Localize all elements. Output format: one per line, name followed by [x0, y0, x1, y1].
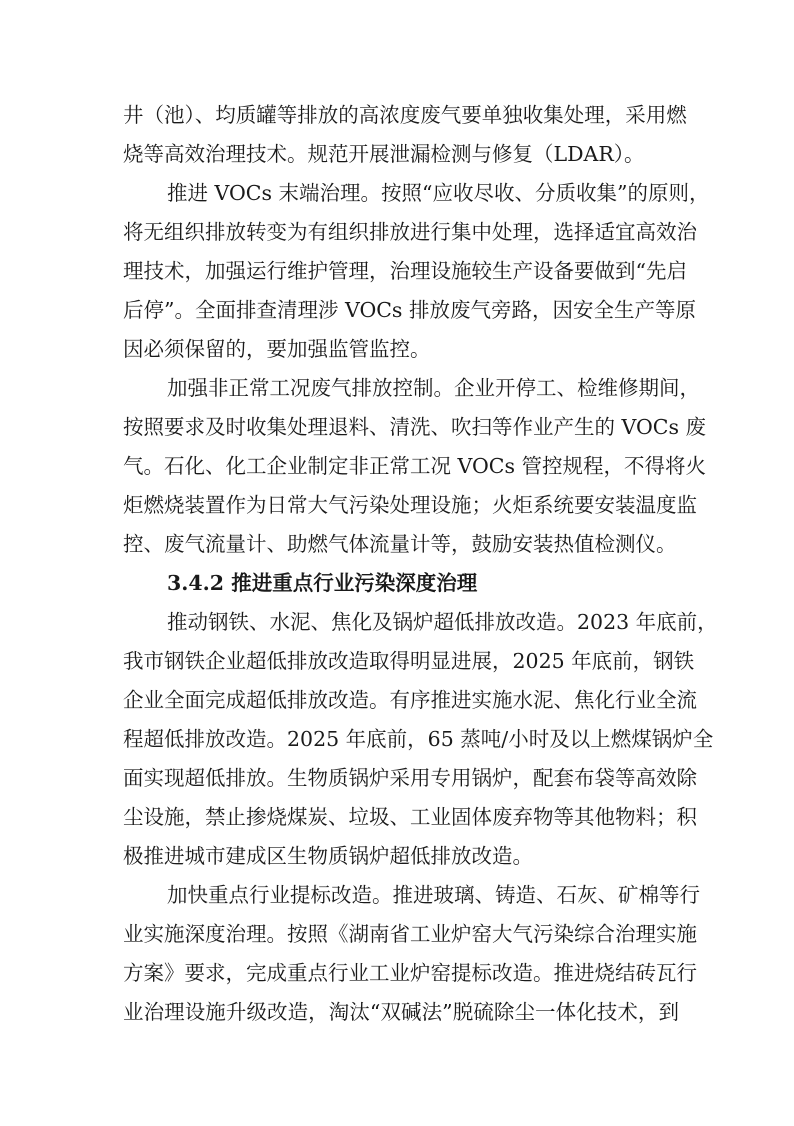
text-line: 井（池）、均质罐等排放的高浓度废气要单独收集处理，采用燃	[123, 96, 679, 135]
text-line: 业实施深度治理。按照《湖南省工业炉窑大气污染综合治理实施	[123, 915, 679, 954]
text-line: 加快重点行业提标改造。推进玻璃、铸造、石灰、矿棉等行	[123, 876, 679, 915]
text-line: 理技术，加强运行维护管理，治理设施较生产设备要做到“先启	[123, 252, 679, 291]
text-line: 烧等高效治理技术。规范开展泄漏检测与修复（LDAR）。	[123, 135, 679, 174]
text-line: 业治理设施升级改造，淘汰“双碱法”脱硫除尘一体化技术，到	[123, 993, 679, 1032]
text-line: 我市钢铁企业超低排放改造取得明显进展，2025 年底前，钢铁	[123, 642, 679, 681]
text-line: 控、废气流量计、助燃气体流量计等，鼓励安装热值检测仪。	[123, 525, 679, 564]
text-line: 面实现超低排放。生物质锅炉采用专用锅炉，配套布袋等高效除	[123, 759, 679, 798]
paragraph-ldar-continuation: 井（池）、均质罐等排放的高浓度废气要单独收集处理，采用燃 烧等高效治理技术。规范…	[123, 96, 679, 174]
text-line: 程超低排放改造。2025 年底前，65 蒸吨/小时及以上燃煤锅炉全	[123, 720, 679, 759]
text-line: 因必须保留的，要加强监管监控。	[123, 330, 679, 369]
text-line: 推动钢铁、水泥、焦化及锅炉超低排放改造。2023 年底前，	[123, 603, 679, 642]
text-line: 推进 VOCs 末端治理。按照“应收尽收、分质收集”的原则，	[123, 174, 679, 213]
text-line: 方案》要求，完成重点行业工业炉窑提标改造。推进烧结砖瓦行	[123, 954, 679, 993]
text-line: 极推进城市建成区生物质锅炉超低排放改造。	[123, 837, 679, 876]
section-heading: 3.4.2 推进重点行业污染深度治理	[123, 564, 679, 603]
text-line: 将无组织排放转变为有组织排放进行集中处理，选择适宜高效治	[123, 213, 679, 252]
document-page: 井（池）、均质罐等排放的高浓度废气要单独收集处理，采用燃 烧等高效治理技术。规范…	[123, 96, 679, 1032]
paragraph-standard-upgrade: 加快重点行业提标改造。推进玻璃、铸造、石灰、矿棉等行 业实施深度治理。按照《湖南…	[123, 876, 679, 1032]
text-line: 企业全面完成超低排放改造。有序推进实施水泥、焦化行业全流	[123, 681, 679, 720]
text-line: 后停”。全面排查清理涉 VOCs 排放废气旁路，因安全生产等原	[123, 291, 679, 330]
text-line: 炬燃烧装置作为日常大气污染处理设施；火炬系统要安装温度监	[123, 486, 679, 525]
paragraph-vocs-end-treatment: 推进 VOCs 末端治理。按照“应收尽收、分质收集”的原则， 将无组织排放转变为…	[123, 174, 679, 369]
text-line: 加强非正常工况废气排放控制。企业开停工、检维修期间，	[123, 369, 679, 408]
text-line: 气。石化、化工企业制定非正常工况 VOCs 管控规程，不得将火	[123, 447, 679, 486]
text-line: 尘设施，禁止掺烧煤炭、垃圾、工业固体废弃物等其他物料；积	[123, 798, 679, 837]
paragraph-abnormal-conditions: 加强非正常工况废气排放控制。企业开停工、检维修期间， 按照要求及时收集处理退料、…	[123, 369, 679, 564]
paragraph-ultra-low-emission: 推动钢铁、水泥、焦化及锅炉超低排放改造。2023 年底前， 我市钢铁企业超低排放…	[123, 603, 679, 876]
text-line: 按照要求及时收集处理退料、清洗、吹扫等作业产生的 VOCs 废	[123, 408, 679, 447]
